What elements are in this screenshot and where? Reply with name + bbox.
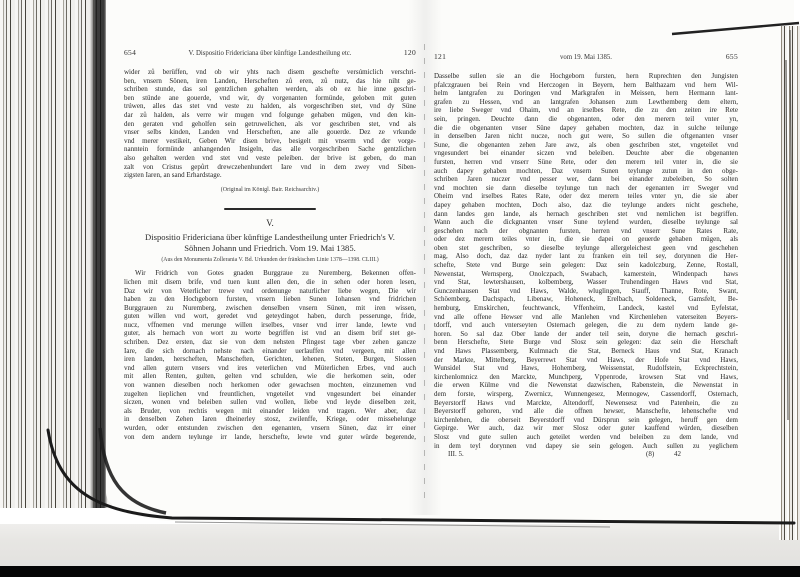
- text-line: helm lantgrafen zu Doringen vnd Markgraf…: [434, 89, 738, 98]
- text-line: Gunczenhausen Stat vnd Haws, Walde, wlug…: [434, 287, 738, 296]
- text-line: ire liebe Sweger vnd Ohaim, vnd an irsel…: [434, 106, 738, 115]
- left-page-number: 654: [124, 48, 136, 57]
- right-running-title: vom 19. Mai 1385.: [446, 54, 726, 61]
- text-line: vnd mochten sie dann dieselbe teylunge t…: [434, 184, 738, 193]
- text-line: siczen, wonen vnd beleiben sullen vnd wo…: [124, 398, 416, 407]
- volume-signature: III. 5.: [448, 450, 464, 458]
- text-line: vnd allen gutern vnsers vnd ires veterli…: [124, 364, 416, 373]
- text-line: vngesundert bei einander siczen vnd bele…: [434, 149, 738, 158]
- text-line: ben stünde ane gouerde, vnd wir, dy vorg…: [124, 94, 416, 103]
- page-mark: 42: [674, 450, 681, 459]
- text-line: Iare, die sich dornach nehste nach einan…: [124, 347, 416, 356]
- source-note: (Aus den Monumenta Zollerania V. Bd. Urk…: [124, 257, 416, 263]
- right-page: 121 vom 19. Mai 1385. 655 Dasselbe sulle…: [434, 0, 738, 459]
- text-line: vnd Haws Plassemberg, Kulmnach die Stat,…: [434, 347, 738, 356]
- archive-note: (Original im Königl. Bair. Reichsarchiv.…: [124, 187, 416, 193]
- right-folio-number: 121: [434, 52, 446, 61]
- text-line: Daz wir von Veterlicher trewe vnd ordenu…: [124, 287, 416, 296]
- text-line: pfalczgrauen bei Rein vnd Herczogen in B…: [434, 81, 738, 90]
- left-page: 654 V. Dispositio Fridericiana über künf…: [124, 0, 416, 441]
- text-line: nanntein formünde anhangenden Insigeln, …: [124, 145, 416, 154]
- left-page-stack-edges: [0, 0, 112, 508]
- scanned-book-photo: { "colors":{"page":"#fcfcfa","text":"#26…: [0, 0, 800, 577]
- text-line: Dasselbe sullen sie an die Hochgeborn fu…: [434, 72, 738, 81]
- text-line: zugelten lieplichen vnd freuntlichen, vn…: [124, 390, 416, 399]
- text-line: fursten, herren vnd vnserr Süne Rete, od…: [434, 158, 738, 167]
- text-line: iren landen, herscheften, Manscheften, G…: [124, 355, 416, 364]
- text-line: mit allen Renten, gulten, gelten vnd sch…: [124, 372, 416, 381]
- text-line: oben stet geschriben, so dieselbe teylun…: [434, 244, 738, 253]
- text-line: tdorff, vnd auch vnterseyten Osternach g…: [434, 321, 738, 330]
- text-line: Burggrauen zu Nuremberg, zwischen densel…: [124, 304, 416, 313]
- text-line: Schöemberg, Dachspach, Libenaw, Hoheneck…: [434, 295, 738, 304]
- text-line: also gehalten werden vnd stet vnd veste …: [124, 154, 416, 163]
- text-line: kirchenlehen, die oberseit Beyerstdorff …: [434, 416, 738, 425]
- text-line: Wunsidel Stat vnd Haws, Hohemberg, Weiss…: [434, 364, 738, 373]
- text-line: guter, als hernach von wort zu worte beg…: [124, 329, 416, 338]
- text-line: schriben. Dez ersten, daz sie von dem ne…: [124, 338, 416, 347]
- text-line: zalt von Cristus gepůrt drewczehenhunder…: [124, 163, 416, 172]
- text-line: Wir Fridrich von Gotes gnaden Burggraue …: [124, 269, 416, 278]
- left-running-title: V. Dispositio Fridericiana über künftige…: [136, 50, 404, 57]
- text-line: Wann auch die dickgnanten vnser Sune tey…: [434, 218, 738, 227]
- text-line: in denselben Jaren nicht nucze, noch gut…: [434, 132, 738, 141]
- text-line: Beyerstorff Haws vnd Marckte, Altendorff…: [434, 399, 738, 408]
- text-line: die erwen Külme vnd die Newenstat dazwis…: [434, 381, 738, 390]
- text-line: Newenstat, Wernsperg, Onolczpach, Swabac…: [434, 270, 738, 279]
- left-paragraph-1: wider zů berüffen, vnd ob wir yhts nach …: [124, 68, 416, 180]
- right-body-text: Dasselbe sullen sie an die Hochgeborn fu…: [434, 72, 738, 450]
- text-line: hemburg, Emskirchen, feuchtwanck, Vffenh…: [434, 304, 738, 313]
- text-line: dapey gehaben mochten, Doch also, daz di…: [434, 201, 738, 210]
- text-line: nucz, vffnemen vnd merunge willen irselb…: [124, 321, 416, 330]
- left-page-header: 654 V. Dispositio Fridericiana über künf…: [124, 0, 416, 57]
- left-folio-number: 120: [404, 48, 416, 57]
- text-line: haben zu den Hochgeborn fursten, vnsern …: [124, 295, 416, 304]
- text-line: Beyerstorff gehoren, vnd alle die offnen…: [434, 407, 738, 416]
- text-line: vnd merer vestikeit, Geben Wir disen bri…: [124, 137, 416, 146]
- text-line: in denselben Zehen Iaren dheinerley stos…: [124, 415, 416, 424]
- text-line: sein, pringen. Deuchte dann die obgenant…: [434, 115, 738, 124]
- text-line: grafen zu Hessen, vnd an lantgrafen Joha…: [434, 98, 738, 107]
- section-divider: [224, 208, 316, 210]
- right-page-number: 655: [726, 52, 738, 61]
- text-line: wurden, oder entstunden zwischen den ege…: [124, 424, 416, 433]
- text-line: von dem andern teylunge irr lande, hersc…: [124, 433, 416, 442]
- section-number: V.: [124, 218, 416, 228]
- text-line: vnser selbs kinden, Landen vnd Herscheft…: [124, 128, 416, 137]
- right-page-header: 121 vom 19. Mai 1385. 655: [434, 0, 738, 61]
- text-line: mag, Also doch, daz daz nyder lant zu fr…: [434, 252, 738, 261]
- text-line: die die obgenanten vnser Süne dapey geha…: [434, 124, 738, 133]
- text-line: von wannen dieselben noch herkomen oder …: [124, 381, 416, 390]
- text-line: Slosz vnd gute sullen auch geteilet werd…: [434, 433, 738, 442]
- text-line: oder dez merern teiles vnter in, die sie…: [434, 235, 738, 244]
- right-page-stack-edges: [779, 26, 800, 540]
- text-line: ben, vnsern Sönen, iren Landen, Herschef…: [124, 77, 416, 86]
- text-line: Gepirge. Wer auch, daz wir mer Slosz ode…: [434, 424, 738, 433]
- right-footer-line: III. 5. (8) 42: [434, 450, 738, 459]
- text-line: vnd alle offene Hewser vnd alle Manlehen…: [434, 313, 738, 322]
- text-line: zigsten Iaren, an sand Erhardstage.: [124, 171, 416, 180]
- text-line: schriben stunde, das sol gentzlichen geh…: [124, 85, 416, 94]
- text-line: der Markte, Mittelberg, Beyerrewt Stat v…: [434, 356, 738, 365]
- text-line: auch dapey gehaben mochten, Daz vnsern S…: [434, 167, 738, 176]
- text-line: als Bruder, von rechtis wegen mit einand…: [124, 407, 416, 416]
- text-line: dann landes gen lande, als hernach gesch…: [434, 210, 738, 219]
- text-line: kirchenlomnicz den Marckte, Munchperg, V…: [434, 373, 738, 382]
- section-title: Dispositio Fridericiana über künftige La…: [124, 232, 416, 254]
- section-title-line1: Dispositio Fridericiana über künftige La…: [124, 232, 416, 243]
- sheet-mark: (8): [646, 450, 654, 459]
- text-line: schriben Jaren nuczer vnd pesser wer, da…: [434, 175, 738, 184]
- text-line: lichen mit disem brife, vnd tuen kunt al…: [124, 278, 416, 287]
- text-line: Sune, die obgenanten zehen Jare awz, als…: [434, 141, 738, 150]
- text-line: schefte, Stete vnd Burge sein gelegen: D…: [434, 261, 738, 270]
- text-line: trúwen, alles das stet vnd veste zu hald…: [124, 102, 416, 111]
- scanner-black-bar: [0, 566, 800, 577]
- text-line: benn Herschefte, Stete Burge vnd Slosz s…: [434, 338, 738, 347]
- scanner-bed: [0, 524, 800, 566]
- text-line: horen. So sal daz Ober lande der ander t…: [434, 330, 738, 339]
- text-line: Oheim vnd irselbes Rates Rate, oder dez …: [434, 192, 738, 201]
- text-line: dar zů halden, als verre wir mugen vnd f…: [124, 111, 416, 120]
- text-line: geschehen nach der obgnanten fursten, he…: [434, 227, 738, 236]
- text-line: in dem teyl dorynnen vnd dapey sie sein …: [434, 442, 738, 451]
- text-line: wider zů berüffen, vnd ob wir yhts nach …: [124, 68, 416, 77]
- left-paragraph-2: Wir Fridrich von Gotes gnaden Burggraue …: [124, 269, 416, 441]
- text-line: guten willen vnd wort, geredet vnd getey…: [124, 312, 416, 321]
- text-line: vnd Stat, lewtershausen, kolbemberg, Was…: [434, 278, 738, 287]
- text-line: dem forste, wirsperg, Zwernicz, Wunnenge…: [434, 390, 738, 399]
- text-line: den geraten vnd geholfen sein getruwelic…: [124, 120, 416, 129]
- gutter-fold-line: [424, 44, 425, 502]
- section-title-line2: Söhnen Johann und Friedrich. Vom 19. Mai…: [124, 243, 416, 254]
